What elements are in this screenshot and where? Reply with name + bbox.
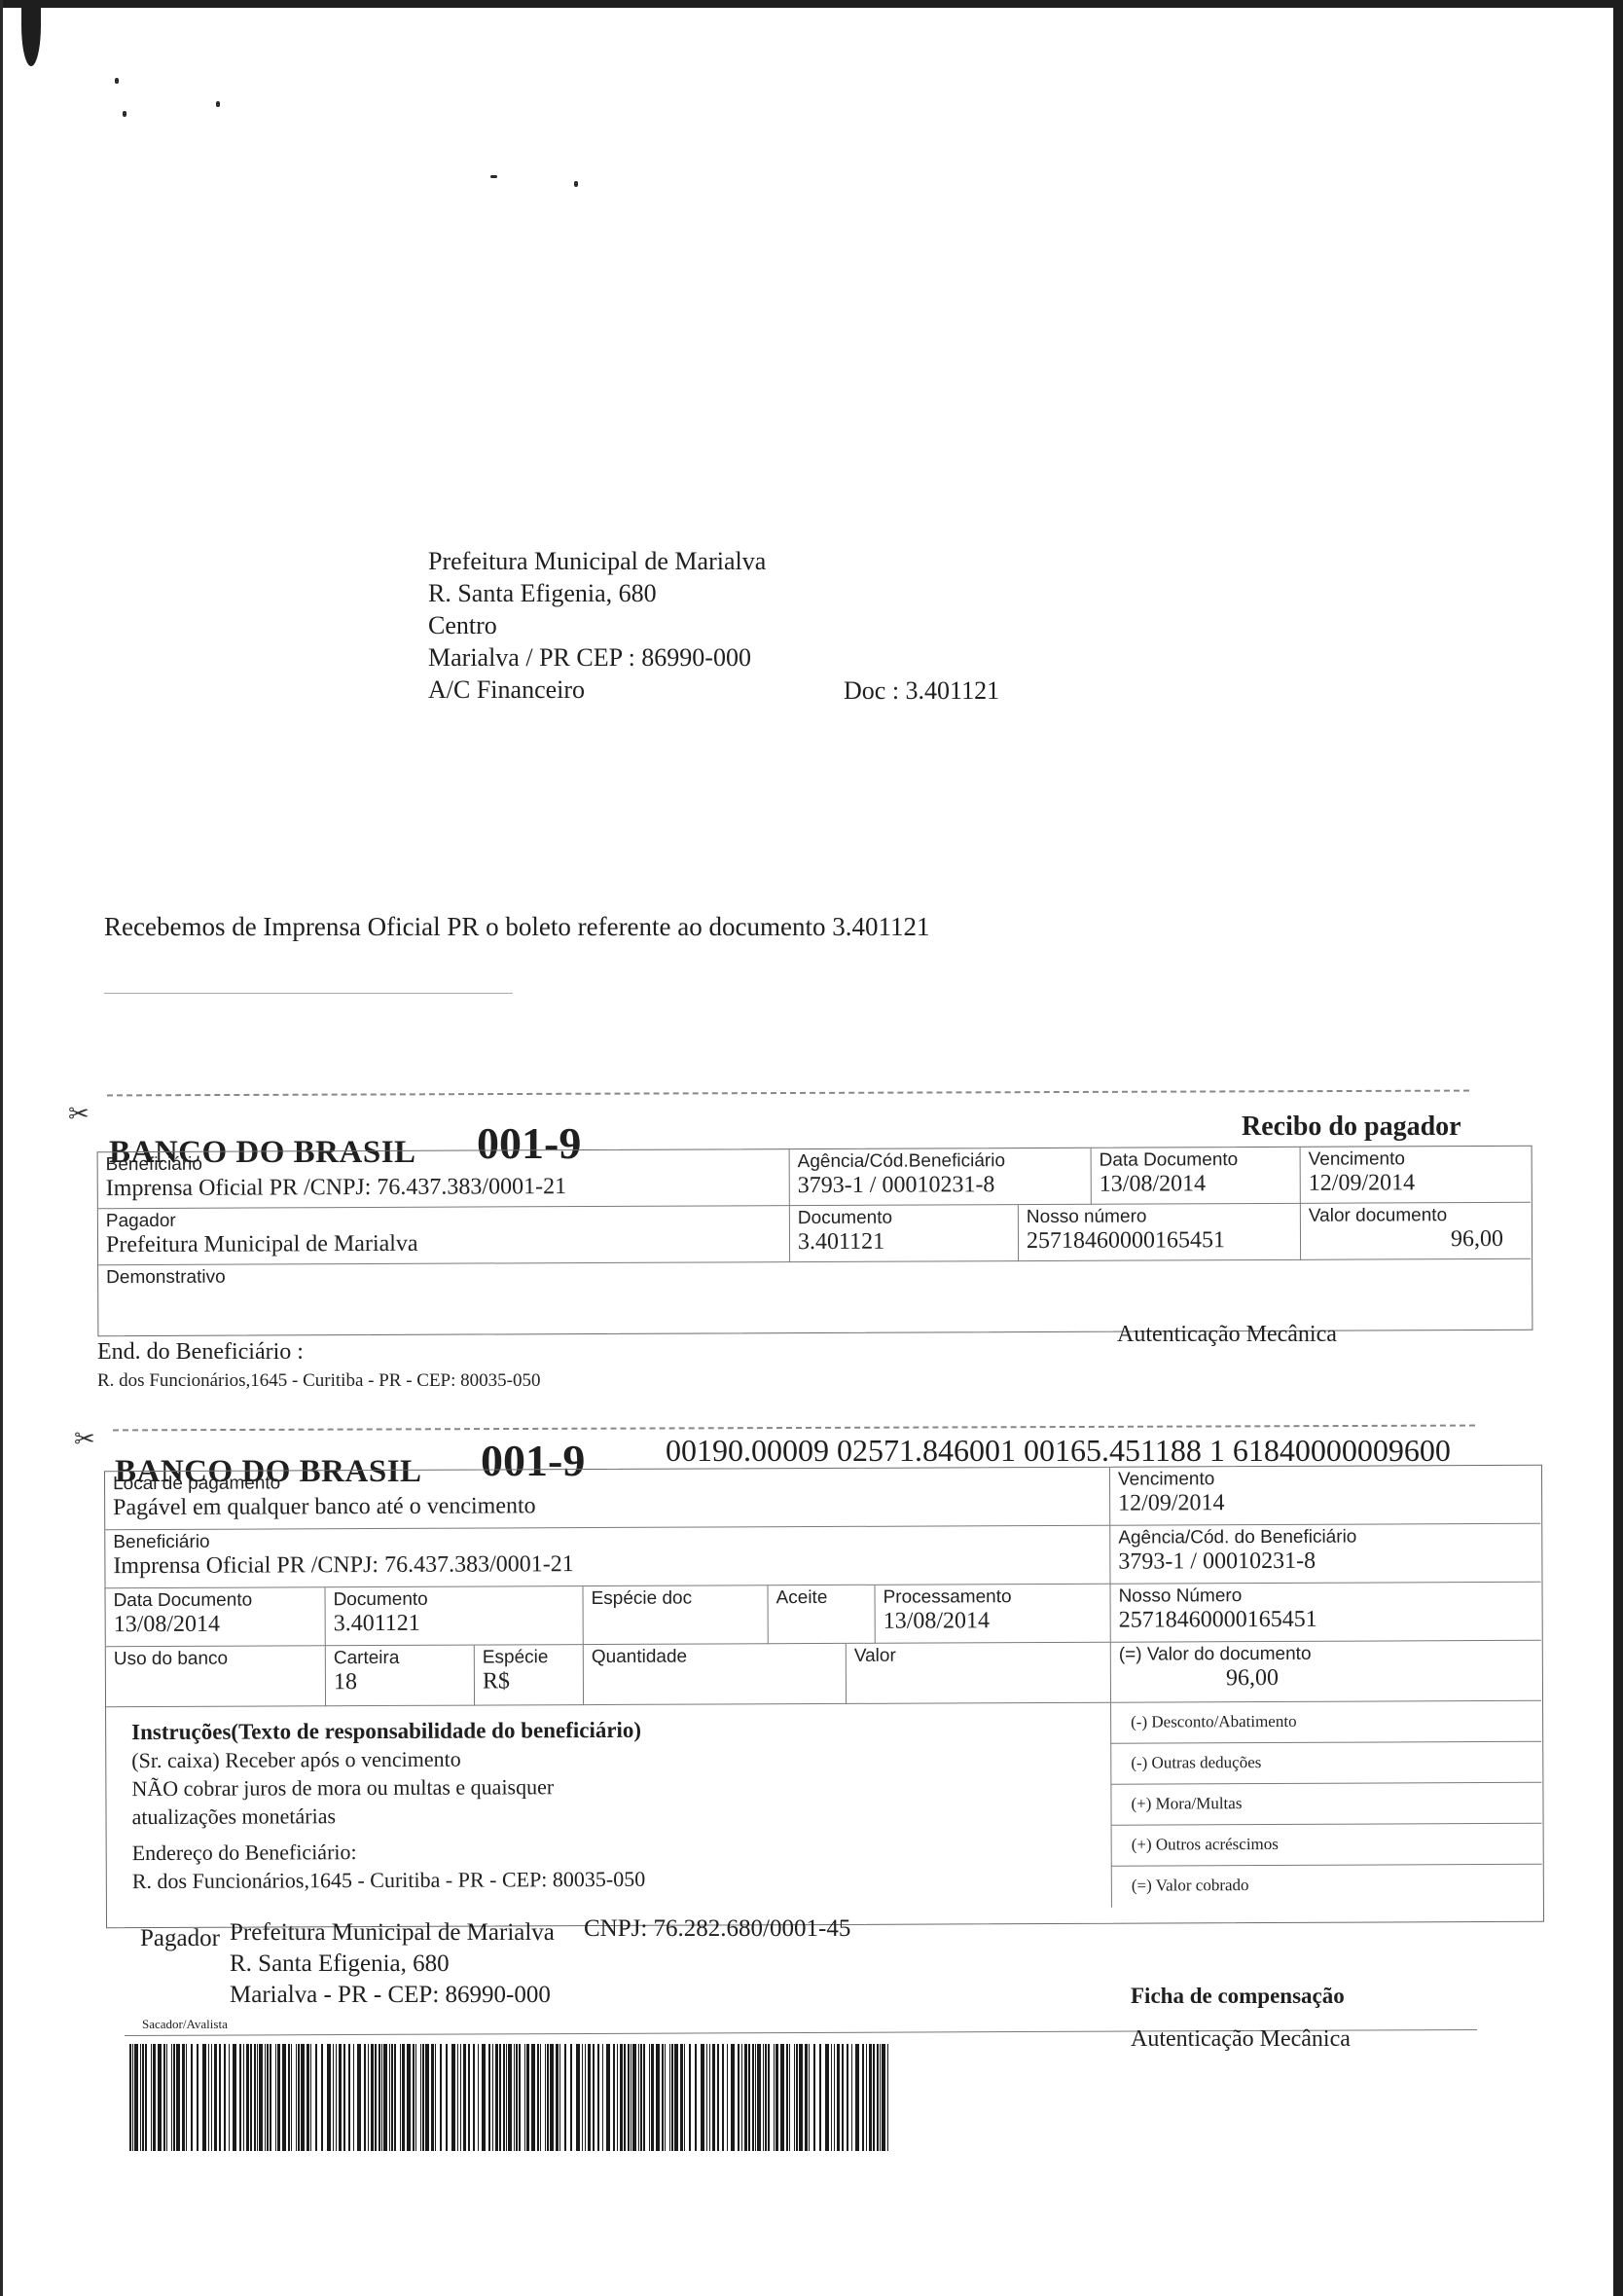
recibo-pagador-label: Pagador xyxy=(106,1208,781,1232)
barcode-bar xyxy=(617,2044,618,2151)
barcode-bar xyxy=(671,2044,673,2151)
ficha-title: Ficha de compensação xyxy=(1131,1984,1345,2009)
barcode-bar xyxy=(333,2044,334,2151)
recibo-box: Beneficiário Imprensa Oficial PR /CNPJ: … xyxy=(97,1146,1533,1336)
barcode-bar xyxy=(191,2044,193,2151)
barcode-bar xyxy=(381,2044,382,2151)
instrucoes-endereco-value: R. dos Funcionários,1645 - Curitiba - PR… xyxy=(132,1863,1086,1895)
barcode-bar xyxy=(270,2044,271,2151)
barcode-bar xyxy=(855,2044,859,2151)
barcode-bar xyxy=(531,2044,535,2151)
ficha-valor-doc-value: 96,00 xyxy=(1119,1664,1533,1692)
ficha-carteira-value: 18 xyxy=(334,1669,466,1695)
ficha-autenticacao: Autenticação Mecânica xyxy=(1131,2026,1351,2053)
recibo-title: Recibo do pagador xyxy=(1242,1112,1461,1143)
linha-digitavel: 00190.00009 02571.846001 00165.451188 1 … xyxy=(666,1433,1451,1469)
barcode-bar xyxy=(389,2044,390,2151)
barcode-bar xyxy=(163,2044,165,2151)
ficha-uso-banco-label: Uso do banco xyxy=(114,1648,317,1670)
barcode-bar xyxy=(873,2044,875,2151)
barcode-bar xyxy=(463,2044,466,2151)
barcode-bar xyxy=(482,2044,486,2151)
barcode-bar xyxy=(709,2044,710,2151)
recibo-pagador-cell: Pagador Prefeitura Municipal de Marialva xyxy=(98,1206,789,1265)
scan-blot xyxy=(21,8,41,66)
recibo-beneficiario-cell: Beneficiário Imprensa Oficial PR /CNPJ: … xyxy=(98,1149,789,1209)
barcode-bar xyxy=(662,2044,664,2151)
ficha-beneficiario-cell: Beneficiário Imprensa Oficial PR /CNPJ: … xyxy=(105,1526,1109,1589)
ficha-processamento-label: Processamento xyxy=(884,1586,1102,1609)
barcode-bar xyxy=(151,2044,152,2151)
barcode-bar xyxy=(597,2044,599,2151)
barcode-bar xyxy=(473,2044,475,2151)
ficha-especie-doc-cell: Espécie doc xyxy=(583,1585,768,1645)
instrucoes-line: (Sr. caixa) Receber após o vencimento xyxy=(131,1742,1085,1774)
barcode-bar xyxy=(321,2044,323,2151)
barcode-bar xyxy=(364,2044,366,2151)
barcode-bar xyxy=(593,2044,595,2151)
barcode xyxy=(129,2044,893,2151)
ficha-aceite-cell: Aceite xyxy=(768,1585,875,1644)
barcode-bar xyxy=(208,2044,209,2151)
barcode-bar xyxy=(391,2044,393,2151)
barcode-bar xyxy=(134,2044,138,2151)
barcode-bar xyxy=(834,2044,835,2151)
barcode-bar xyxy=(343,2044,345,2151)
ficha-pagador-street: R. Santa Efigenia, 680 xyxy=(230,1950,450,1978)
ficha-local-pagamento-value: Pagável em qualquer banco até o vencimen… xyxy=(113,1491,1101,1520)
cut-line xyxy=(113,1425,1475,1432)
barcode-bar xyxy=(257,2044,258,2151)
barcode-bar xyxy=(526,2044,529,2151)
barcode-bar xyxy=(695,2044,697,2151)
barcode-bar xyxy=(684,2044,685,2151)
deduction-label: (=) Valor cobrado xyxy=(1132,1876,1249,1895)
barcode-bar xyxy=(315,2044,317,2151)
instrucoes-title: Instruções(Texto de responsabilidade do … xyxy=(131,1715,1085,1746)
recibo-end-beneficiario-value: R. dos Funcionários,1645 - Curitiba - PR… xyxy=(97,1370,540,1392)
barcode-bar xyxy=(547,2044,549,2151)
barcode-bar xyxy=(277,2044,280,2151)
barcode-bar xyxy=(794,2044,795,2151)
barcode-bar xyxy=(649,2044,650,2151)
ficha-pagador-cnpj: CNPJ: 76.282.680/0001-45 xyxy=(584,1915,850,1943)
barcode-bar xyxy=(229,2044,230,2151)
barcode-bar xyxy=(478,2044,479,2151)
barcode-bar xyxy=(831,2044,832,2151)
barcode-bar xyxy=(628,2044,630,2151)
addressee-name: Prefeitura Municipal de Marialva xyxy=(428,545,766,577)
barcode-bar xyxy=(731,2044,735,2151)
barcode-bar xyxy=(638,2044,639,2151)
recibo-nosso-numero-cell: Nosso número 25718460000165451 xyxy=(1018,1204,1300,1261)
barcode-bar xyxy=(559,2044,560,2151)
barcode-bar xyxy=(506,2044,507,2151)
barcode-bar xyxy=(142,2044,144,2151)
ficha-valor-doc-cell: (=) Valor do documento 96,00 xyxy=(1110,1641,1541,1703)
barcode-bar xyxy=(680,2044,683,2151)
recibo-documento-label: Documento xyxy=(798,1207,1010,1229)
instrucoes-line: NÃO cobrar juros de mora ou multas e qua… xyxy=(131,1770,1085,1803)
barcode-bar xyxy=(722,2044,724,2151)
barcode-bar xyxy=(570,2044,572,2151)
barcode-bar xyxy=(129,2044,131,2151)
barcode-bar xyxy=(357,2044,361,2151)
ficha-pagador-label: Pagador xyxy=(140,1925,220,1952)
ficha-agencia-value: 3793-1 / 00010231-8 xyxy=(1118,1548,1533,1575)
barcode-bar xyxy=(651,2044,654,2151)
ficha-documento-value: 3.401121 xyxy=(334,1610,575,1636)
barcode-bar xyxy=(537,2044,539,2151)
ficha-aceite-label: Aceite xyxy=(776,1587,867,1609)
barcode-bar xyxy=(706,2044,707,2151)
barcode-bar xyxy=(301,2044,305,2151)
barcode-bar xyxy=(789,2044,790,2151)
barcode-bar xyxy=(296,2044,297,2151)
deduction-label: (-) Outras deduções xyxy=(1131,1753,1261,1772)
barcode-bar xyxy=(468,2044,470,2151)
recibo-valor-value: 96,00 xyxy=(1309,1226,1523,1253)
recibo-agencia-cell: Agência/Cód.Beneficiário 3793-1 / 000102… xyxy=(789,1148,1091,1206)
recibo-documento-value: 3.401121 xyxy=(798,1228,1010,1255)
recibo-end-beneficiario-label: End. do Beneficiário : xyxy=(97,1339,304,1366)
barcode-bar xyxy=(540,2044,541,2151)
barcode-bar xyxy=(862,2044,864,2151)
ficha-beneficiario-value: Imprensa Oficial PR /CNPJ: 76.437.383/00… xyxy=(113,1549,1101,1579)
barcode-bar xyxy=(176,2044,180,2151)
barcode-bar xyxy=(643,2044,645,2151)
scan-speck xyxy=(123,111,126,117)
barcode-bar xyxy=(524,2044,525,2151)
recibo-documento-cell: Documento 3.401121 xyxy=(789,1205,1018,1262)
barcode-bar xyxy=(632,2044,636,2151)
barcode-bar xyxy=(656,2044,660,2151)
recibo-valor-label: Valor documento xyxy=(1309,1205,1523,1227)
deduction-row: (-) Outras deduções xyxy=(1110,1742,1541,1785)
recibo-nosso-numero-value: 25718460000165451 xyxy=(1027,1227,1292,1254)
barcode-bar xyxy=(407,2044,411,2151)
barcode-bar xyxy=(298,2044,300,2151)
barcode-bar xyxy=(631,2044,631,2151)
barcode-bar xyxy=(394,2044,396,2151)
barcode-bar xyxy=(275,2044,276,2151)
barcode-bar xyxy=(752,2044,754,2151)
barcode-bar xyxy=(219,2044,221,2151)
ficha-quantidade-label: Quantidade xyxy=(592,1646,838,1668)
ficha-box: Local de pagamento Pagável em qualquer b… xyxy=(104,1465,1544,1928)
ficha-valor-doc-label: (=) Valor do documento xyxy=(1119,1643,1533,1666)
barcode-bar xyxy=(171,2044,172,2151)
barcode-bar xyxy=(492,2044,493,2151)
barcode-bar xyxy=(669,2044,670,2151)
barcode-bar xyxy=(620,2044,623,2151)
barcode-bar xyxy=(809,2044,810,2151)
barcode-bar xyxy=(233,2044,236,2151)
recibo-beneficiario-label: Beneficiário xyxy=(106,1151,781,1176)
barcode-bar xyxy=(265,2044,266,2151)
recibo-vencimento-cell: Vencimento 12/09/2014 xyxy=(1300,1147,1531,1204)
barcode-bar xyxy=(327,2044,331,2151)
barcode-bar xyxy=(837,2044,840,2151)
barcode-bar xyxy=(712,2044,715,2151)
barcode-bar xyxy=(197,2044,198,2151)
barcode-bar xyxy=(825,2044,829,2151)
barcode-bar xyxy=(516,2044,518,2151)
barcode-bar xyxy=(550,2044,554,2151)
barcode-bar xyxy=(440,2044,442,2151)
barcode-bar xyxy=(819,2044,821,2151)
barcode-bar xyxy=(202,2044,206,2151)
ficha-carteira-label: Carteira xyxy=(334,1648,466,1670)
barcode-bar xyxy=(842,2044,844,2151)
barcode-bar xyxy=(689,2044,691,2151)
barcode-bar xyxy=(173,2044,175,2151)
barcode-bar xyxy=(674,2044,678,2151)
recibo-valor-cell: Valor documento 96,00 xyxy=(1300,1203,1531,1260)
barcode-bar xyxy=(246,2044,249,2151)
barcode-bar xyxy=(420,2044,421,2151)
ficha-agencia-label: Agência/Cód. do Beneficiário xyxy=(1118,1526,1533,1549)
scan-speck xyxy=(115,78,119,84)
barcode-bar xyxy=(348,2044,350,2151)
ficha-carteira-cell: Carteira 18 xyxy=(325,1646,474,1707)
deduction-row: (=) Valor cobrado xyxy=(1111,1865,1542,1908)
scissors-icon: ✂ xyxy=(68,1102,90,1127)
recibo-pagador-value: Prefeitura Municipal de Marialva xyxy=(106,1229,781,1257)
receipt-statement: Recebemos de Imprensa Oficial PR o bolet… xyxy=(104,912,929,942)
scan-speck xyxy=(490,175,497,178)
barcode-bar xyxy=(755,2044,756,2151)
barcode-bar xyxy=(282,2044,286,2151)
ficha-local-pagamento-cell: Local de pagamento Pagável em qualquer b… xyxy=(105,1468,1109,1531)
ficha-data-doc-cell: Data Documento 13/08/2014 xyxy=(106,1587,325,1647)
deduction-label: (-) Desconto/Abatimento xyxy=(1131,1712,1297,1731)
barcode-bar xyxy=(435,2044,436,2151)
barcode-bar xyxy=(757,2044,761,2151)
barcode-bar xyxy=(665,2044,666,2151)
scissors-icon: ✂ xyxy=(74,1427,95,1452)
addressee-street: R. Santa Efigenia, 680 xyxy=(428,577,766,609)
barcode-bar xyxy=(582,2044,583,2151)
barcode-bar xyxy=(243,2044,244,2151)
barcode-bar xyxy=(624,2044,626,2151)
barcode-bar xyxy=(400,2044,401,2151)
barcode-bar xyxy=(503,2044,505,2151)
ficha-nosso-numero-cell: Nosso Número 25718460000165451 xyxy=(1109,1583,1540,1643)
barcode-bar xyxy=(379,2044,380,2151)
barcode-bar xyxy=(775,2044,778,2151)
barcode-bar xyxy=(132,2044,133,2151)
recibo-vencimento-label: Vencimento xyxy=(1309,1148,1523,1171)
ficha-instrucoes-cell: Instruções(Texto de responsabilidade do … xyxy=(106,1703,1111,1928)
barcode-bar xyxy=(495,2044,498,2151)
recibo-beneficiario-value: Imprensa Oficial PR /CNPJ: 76.437.383/00… xyxy=(106,1173,781,1201)
barcode-bar xyxy=(158,2044,162,2151)
barcode-bar xyxy=(640,2044,642,2151)
barcode-bar xyxy=(748,2044,750,2151)
ficha-pagador-city: Marialva - PR - CEP: 86990-000 xyxy=(230,1982,551,2009)
recibo-data-doc-label: Data Documento xyxy=(1100,1149,1292,1172)
ficha-agencia-cell: Agência/Cód. do Beneficiário 3793-1 / 00… xyxy=(1109,1524,1540,1585)
barcode-bar xyxy=(602,2044,603,2151)
barcode-bar xyxy=(368,2044,369,2151)
recibo-nosso-numero-label: Nosso número xyxy=(1027,1206,1292,1228)
document-reference: Doc : 3.401121 xyxy=(844,676,999,706)
scan-border-top xyxy=(0,0,1623,8)
barcode-bar xyxy=(499,2044,501,2151)
ficha-documento-label: Documento xyxy=(334,1588,575,1611)
ficha-processamento-cell: Processamento 13/08/2014 xyxy=(875,1585,1110,1644)
barcode-bar xyxy=(291,2044,292,2151)
barcode-bar xyxy=(211,2044,212,2151)
ficha-valor-label: Valor xyxy=(854,1645,1102,1667)
barcode-bar xyxy=(153,2044,156,2151)
barcode-bar xyxy=(877,2044,879,2151)
barcode-bar xyxy=(741,2044,742,2151)
ficha-documento-cell: Documento 3.401121 xyxy=(325,1586,583,1646)
barcode-bar xyxy=(446,2044,448,2151)
ficha-especie-doc-label: Espécie doc xyxy=(592,1587,760,1610)
barcode-bar xyxy=(224,2044,226,2151)
barcode-bar xyxy=(519,2044,521,2151)
recibo-data-doc-cell: Data Documento 13/08/2014 xyxy=(1091,1148,1300,1205)
barcode-bar xyxy=(847,2044,848,2151)
barcode-bar xyxy=(422,2044,424,2151)
addressee-district: Centro xyxy=(428,609,766,641)
ficha-processamento-value: 13/08/2014 xyxy=(884,1608,1102,1634)
ficha-valor-cell: Valor xyxy=(846,1643,1110,1704)
barcode-bar xyxy=(336,2044,337,2151)
barcode-bar xyxy=(780,2044,784,2151)
barcode-bar xyxy=(585,2044,586,2151)
barcode-bar xyxy=(383,2044,387,2151)
barcode-bar xyxy=(545,2044,546,2151)
ficha-nosso-numero-value: 25718460000165451 xyxy=(1119,1606,1533,1633)
barcode-bar xyxy=(182,2044,185,2151)
deduction-label: (+) Mora/Multas xyxy=(1131,1794,1242,1812)
addressee-city: Marialva / PR CEP : 86990-000 xyxy=(428,641,766,674)
ficha-uso-banco-cell: Uso do banco xyxy=(106,1646,325,1707)
barcode-bar xyxy=(613,2044,615,2151)
scan-border-left xyxy=(0,0,3,2296)
barcode-bar xyxy=(259,2044,263,2151)
barcode-bar xyxy=(744,2044,747,2151)
barcode-bar xyxy=(307,2044,309,2151)
ficha-quantidade-cell: Quantidade xyxy=(583,1644,846,1705)
barcode-bar xyxy=(763,2044,764,2151)
barcode-bar xyxy=(786,2044,788,2151)
barcode-bar xyxy=(813,2044,815,2151)
barcode-bar xyxy=(288,2044,290,2151)
barcode-bar xyxy=(425,2044,429,2151)
barcode-bar xyxy=(140,2044,141,2151)
recibo-data-doc-value: 13/08/2014 xyxy=(1100,1171,1292,1197)
barcode-bar xyxy=(508,2044,512,2151)
barcode-bar xyxy=(431,2044,434,2151)
barcode-bar xyxy=(774,2044,775,2151)
barcode-bar xyxy=(166,2044,167,2151)
scan-speck xyxy=(574,181,578,187)
barcode-bar xyxy=(556,2044,559,2151)
ficha-especie-value: R$ xyxy=(483,1668,575,1694)
barcode-bar xyxy=(880,2044,881,2151)
barcode-bar xyxy=(457,2044,458,2151)
ficha-vencimento-label: Vencimento xyxy=(1118,1468,1533,1491)
barcode-bar xyxy=(514,2044,515,2151)
barcode-bar xyxy=(588,2044,591,2151)
barcode-bar xyxy=(576,2044,580,2151)
barcode-bar xyxy=(339,2044,342,2151)
barcode-bar xyxy=(413,2044,415,2151)
recibo-vencimento-value: 12/09/2014 xyxy=(1309,1170,1523,1196)
ficha-data-doc-value: 13/08/2014 xyxy=(114,1611,317,1637)
barcode-bar xyxy=(353,2044,354,2151)
ficha-especie-label: Espécie xyxy=(483,1647,575,1668)
barcode-bar xyxy=(451,2044,455,2151)
recibo-demonstrativo-label: Demonstrativo xyxy=(106,1261,1523,1289)
instrucoes-endereco-label: Endereço do Beneficiário: xyxy=(132,1835,1086,1867)
barcode-bar xyxy=(239,2044,241,2151)
barcode-bar xyxy=(254,2044,256,2151)
ficha-pagador-name: Prefeitura Municipal de Marialva xyxy=(230,1919,555,1947)
ficha-especie-cell: Espécie R$ xyxy=(474,1645,583,1705)
barcode-bar xyxy=(805,2044,808,2151)
signature-line xyxy=(104,993,513,994)
ficha-vencimento-cell: Vencimento 12/09/2014 xyxy=(1109,1466,1540,1526)
barcode-bar xyxy=(882,2044,885,2151)
deduction-row: (+) Mora/Multas xyxy=(1110,1783,1541,1826)
addressee-block: Prefeitura Municipal de Marialva R. Sant… xyxy=(428,545,766,706)
ficha-sacador-label: Sacador/Avalista xyxy=(142,2017,228,2032)
barcode-bar xyxy=(371,2044,374,2151)
recibo-agencia-value: 3793-1 / 00010231-8 xyxy=(798,1172,1083,1198)
barcode-bar xyxy=(375,2044,377,2151)
scan-border-right xyxy=(1613,0,1623,2296)
barcode-bar xyxy=(887,2044,888,2151)
barcode-bar xyxy=(606,2044,610,2151)
barcode-bar xyxy=(460,2044,461,2151)
barcode-bar xyxy=(717,2044,719,2151)
deduction-label: (+) Outros acréscimos xyxy=(1132,1835,1279,1854)
barcode-bar xyxy=(738,2044,739,2151)
barcode-bar xyxy=(796,2044,798,2151)
recibo-autenticacao: Autenticação Mecânica xyxy=(1117,1322,1337,1348)
barcode-bar xyxy=(765,2044,767,2151)
ficha-vencimento-value: 12/09/2014 xyxy=(1118,1489,1533,1516)
barcode-bar xyxy=(768,2044,770,2151)
barcode-bar xyxy=(488,2044,490,2151)
barcode-bar xyxy=(727,2044,728,2151)
recibo-agencia-label: Agência/Cód.Beneficiário xyxy=(798,1150,1083,1173)
barcode-bar xyxy=(701,2044,704,2151)
barcode-bar xyxy=(866,2044,867,2151)
barcode-bar xyxy=(415,2044,416,2151)
barcode-bar xyxy=(869,2044,872,2151)
barcode-bar xyxy=(267,2044,269,2151)
barcode-bar xyxy=(799,2044,803,2151)
barcode-bar xyxy=(310,2044,311,2151)
ficha-nosso-numero-label: Nosso Número xyxy=(1119,1585,1533,1608)
ficha-data-doc-label: Data Documento xyxy=(114,1589,317,1612)
scan-speck xyxy=(216,101,220,107)
instrucoes-line: atualizações monetárias xyxy=(131,1799,1085,1831)
barcode-bar xyxy=(145,2044,147,2151)
barcode-bar xyxy=(250,2044,252,2151)
cut-line xyxy=(107,1090,1469,1097)
barcode-bar xyxy=(186,2044,187,2151)
addressee-attention: A/C Financeiro xyxy=(428,674,766,706)
barcode-bar xyxy=(402,2044,405,2151)
